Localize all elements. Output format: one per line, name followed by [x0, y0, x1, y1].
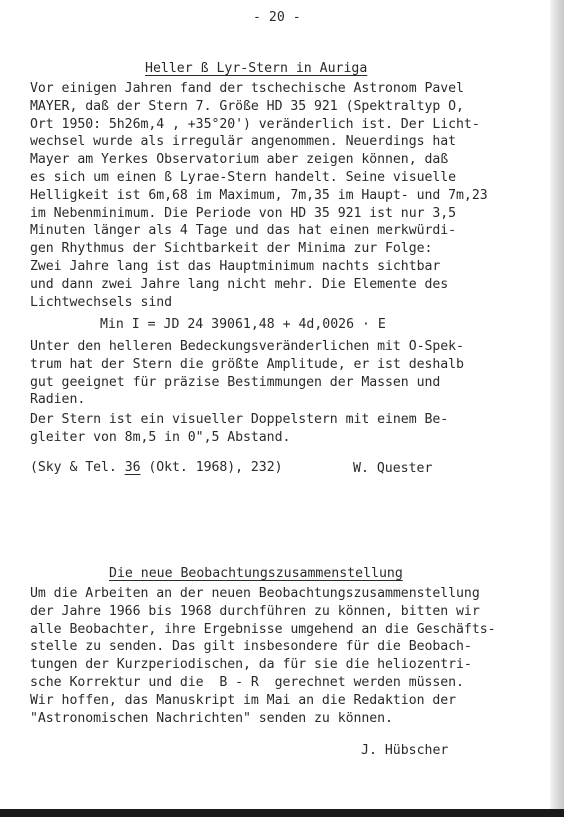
text-line: Ort 1950: 5h26m,4 , +35°20') veränderlic… — [30, 117, 480, 133]
article-1-author: W. Quester — [353, 461, 432, 476]
article-1-reference: (Sky & Tel. 36 (Okt. 1968), 232) — [30, 460, 282, 476]
text-line: Wir hoffen, das Manuskript im Mai an die… — [30, 693, 456, 709]
article-1-title: Heller ß Lyr-Stern in Auriga — [145, 61, 367, 76]
text-line: Mayer am Yerkes Observatorium aber zeige… — [30, 152, 448, 168]
reference-volume: 36 — [125, 460, 141, 475]
text-line: es sich um einen ß Lyrae-Stern handelt. … — [30, 170, 456, 186]
text-line: Um die Arbeiten an der neuen Beobachtung… — [30, 586, 480, 602]
scan-bottom-border — [0, 809, 564, 817]
text-line: stelle zu senden. Das gilt insbesondere … — [30, 639, 472, 655]
text-line: Helligkeit ist 6m,68 im Maximum, 7m,35 i… — [30, 188, 488, 204]
scan-edge-shadow — [550, 0, 564, 817]
text-line: wechsel wurde als irregulär angenommen. … — [30, 134, 456, 150]
text-line: Radien. — [30, 392, 85, 408]
text-line: Minuten länger als 4 Tage und das hat ei… — [30, 223, 456, 239]
text-line: im Nebenminimum. Die Periode von HD 35 9… — [30, 206, 456, 222]
article-2-title: Die neue Beobachtungszusammenstellung — [109, 566, 403, 581]
text-line: MAYER, daß der Stern 7. Größe HD 35 921 … — [30, 99, 464, 115]
text-line: trum hat der Stern die größte Amplitude,… — [30, 357, 464, 373]
text-line: alle Beobachter, ihre Ergebnisse umgehen… — [30, 622, 495, 638]
text-line: Unter den helleren Bedeckungsveränderlic… — [30, 339, 464, 355]
text-line: Vor einigen Jahren fand der tschechische… — [30, 81, 464, 97]
text-line: der Jahre 1966 bis 1968 durchführen zu k… — [30, 604, 480, 620]
text-line: Der Stern ist ein visueller Doppelstern … — [30, 412, 448, 428]
text-line: Zwei Jahre lang ist das Hauptminimum nac… — [30, 259, 440, 275]
text-line: gen Rhythmus der Sichtbarkeit der Minima… — [30, 241, 432, 257]
text-line: und dann zwei Jahre lang nicht mehr. Die… — [30, 277, 448, 293]
light-elements-formula: Min I = JD 24 39061,48 + 4d,0026 · E — [100, 317, 386, 332]
text-line: "Astronomischen Nachrichten" senden zu k… — [30, 711, 393, 727]
text-line: sche Korrektur und die B - R gerechnet w… — [30, 675, 464, 691]
page-number: - 20 - — [253, 10, 301, 25]
text-line: gut geeignet für präzise Bestimmungen de… — [30, 375, 440, 391]
text-line: gleiter von 8m,5 in 0",5 Abstand. — [30, 430, 290, 446]
article-2-author: J. Hübscher — [361, 743, 448, 758]
text-line: Lichtwechsels sind — [30, 295, 172, 311]
text-line: tungen der Kurzperiodischen, da für sie … — [30, 657, 472, 673]
